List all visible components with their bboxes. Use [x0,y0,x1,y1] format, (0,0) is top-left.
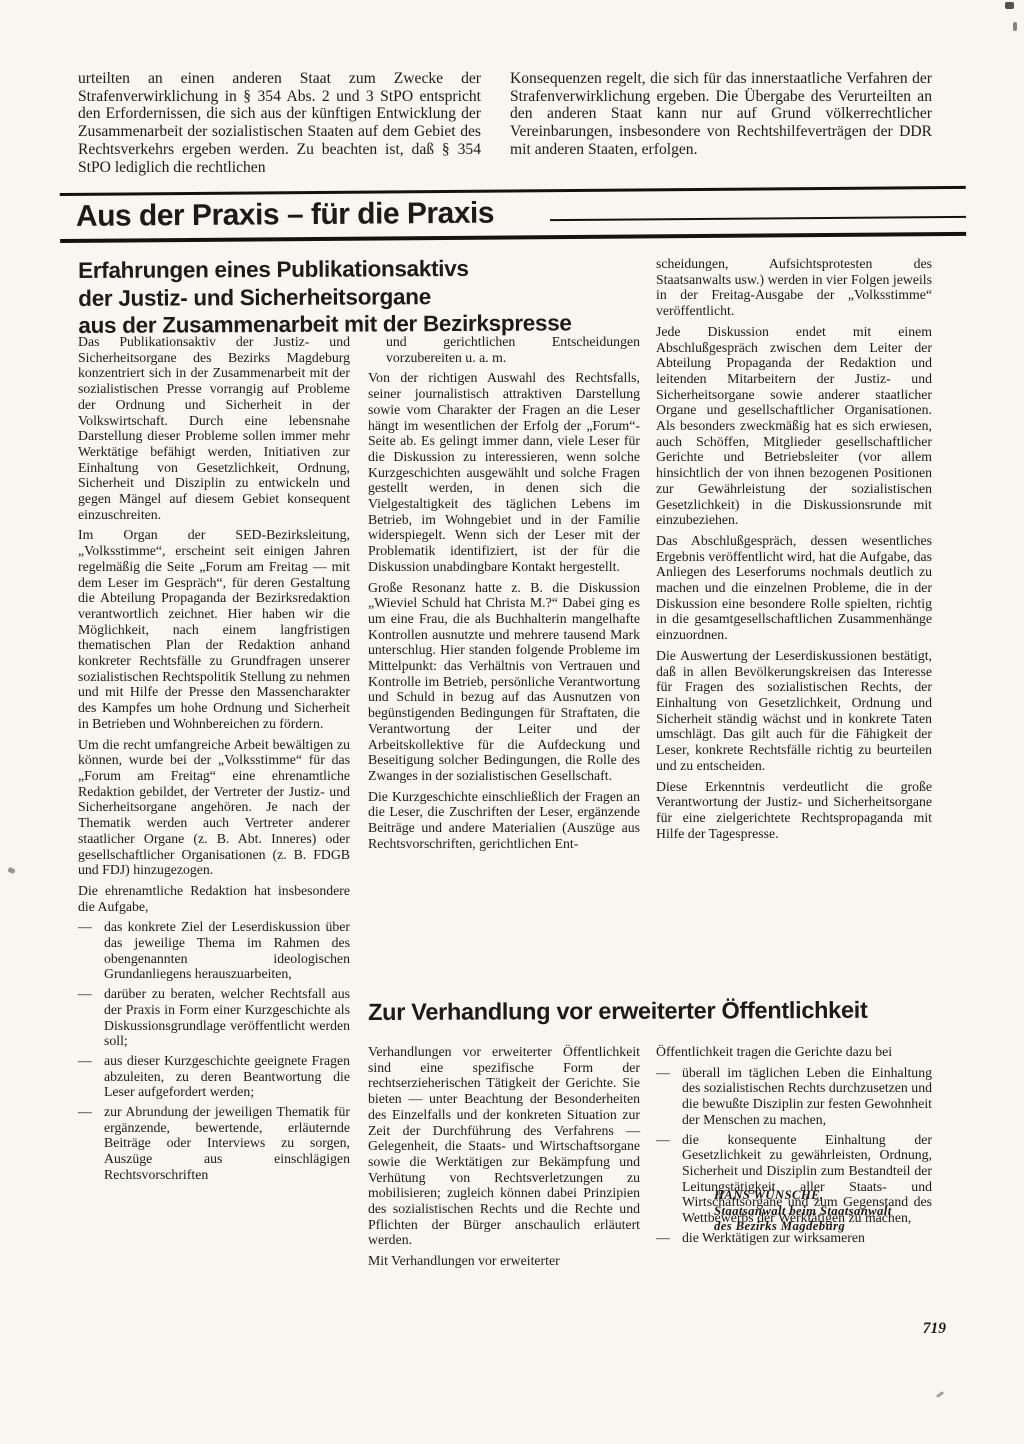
article2-title: Zur Verhandlung vor erweiterter Öffentli… [368,997,868,1026]
paragraph: Die Kurzgeschichte einschließlich der Fr… [368,789,640,852]
bullet-dash: — [78,986,104,1049]
bullet-item: — überall im täglichen Leben die Einhalt… [656,1065,932,1128]
bullet-text: überall im täglichen Leben die Einhaltun… [682,1065,932,1128]
paragraph: Jede Diskussion endet mit einem Abschluß… [656,324,932,528]
bullet-text: zur Abrundung der jeweiligen Thematik fü… [104,1104,350,1183]
scan-artifact [7,867,15,874]
intro-right-column: Konsequenzen regelt, die sich für das in… [510,70,932,159]
paragraph: Das Publikationsaktiv der Justiz- und Si… [78,334,350,522]
intro-left-column: urteilten an einen anderen Staat zum Zwe… [78,70,481,176]
section-title: Aus der Praxis – für die Praxis [76,197,494,234]
bullet-text: die konsequente Einhaltung der Gesetzlic… [682,1132,932,1226]
bullet-dash: — [656,1065,682,1128]
paragraph: Diese Erkenntnis verdeutlicht die große … [656,779,932,842]
bullet-item: — die konsequente Einhaltung der Gesetzl… [656,1132,932,1226]
section-band: Aus der Praxis – für die Praxis [60,186,968,251]
bullet-item: — das konkrete Ziel der Leserdiskussion … [78,919,350,982]
bullet-text: die Werktätigen zur wirksameren [682,1230,932,1246]
paragraph: Um die recht umfangreiche Arbeit bewälti… [78,737,350,878]
bullet-dash: — [78,1053,104,1100]
article1-column3: scheidungen, Aufsichtsprotesten des Staa… [656,256,932,846]
paragraph: Mit Verhandlungen vor erweiterter [368,1253,640,1269]
paragraph: Im Organ der SED-Bezirksleitung, „Volkss… [78,527,350,731]
bullet-item: — darüber zu beraten, welcher Rechtsfall… [78,986,350,1049]
paragraph: Die ehrenamtliche Redaktion hat insbeson… [78,883,350,914]
bullet-dash: — [656,1230,682,1246]
article1-column1: Das Publikationsaktiv der Justiz- und Si… [78,334,350,1187]
article1-title-line2: der Justiz- und Sicherheitsorgane [78,282,571,312]
paragraph: Die Auswertung der Leserdiskussionen bes… [656,648,932,774]
paragraph-continuation: scheidungen, Aufsichtsprotesten des Staa… [656,256,932,319]
paragraph: Verhandlungen vor erweiterter Öffentlich… [368,1044,640,1248]
bullet-text: aus dieser Kurzgeschichte geeignete Frag… [104,1053,350,1100]
section-rule-bottom [60,232,966,243]
paragraph: Von der richtigen Auswahl des Rechtsfall… [368,370,640,574]
bullet-item: — zur Abrundung der jeweiligen Thematik … [78,1104,350,1183]
article2-column2: Öffentlichkeit tragen die Gerichte dazu … [656,1044,932,1249]
article1-title: Erfahrungen eines Publikationsaktivs der… [78,254,572,339]
bullet-dash: — [78,919,104,982]
article1-column2: und gerichtlichen Entscheidungen vorzube… [368,334,640,857]
bullet-dash: — [78,1104,104,1183]
bullet-dash: — [656,1132,682,1226]
paragraph-continuation: und gerichtlichen Entscheidungen vorzube… [368,334,640,365]
scan-artifact [936,1391,944,1398]
paragraph: Das Abschlußgespräch, dessen wesentliche… [656,533,932,643]
page-number: 719 [896,1320,946,1338]
paragraph: Große Resonanz hatte z. B. die Diskussio… [368,580,640,784]
bullet-item: — die Werktätigen zur wirksameren [656,1230,932,1246]
article1-title-line1: Erfahrungen eines Publikationsaktivs [78,254,571,284]
scan-artifact [1005,2,1014,9]
bullet-text: das konkrete Ziel der Leserdiskussion üb… [104,919,350,982]
bullet-item: — aus dieser Kurzgeschichte geeignete Fr… [78,1053,350,1100]
paragraph-continuation: Öffentlichkeit tragen die Gerichte dazu … [656,1044,932,1060]
section-rule-top [60,186,966,196]
journal-page: urteilten an einen anderen Staat zum Zwe… [0,0,1024,1444]
article2-column1: Verhandlungen vor erweiterter Öffentlich… [368,1044,640,1274]
bullet-text: darüber zu beraten, welcher Rechtsfall a… [104,986,350,1049]
scan-artifact [1013,22,1017,31]
section-rule-right [550,216,966,221]
